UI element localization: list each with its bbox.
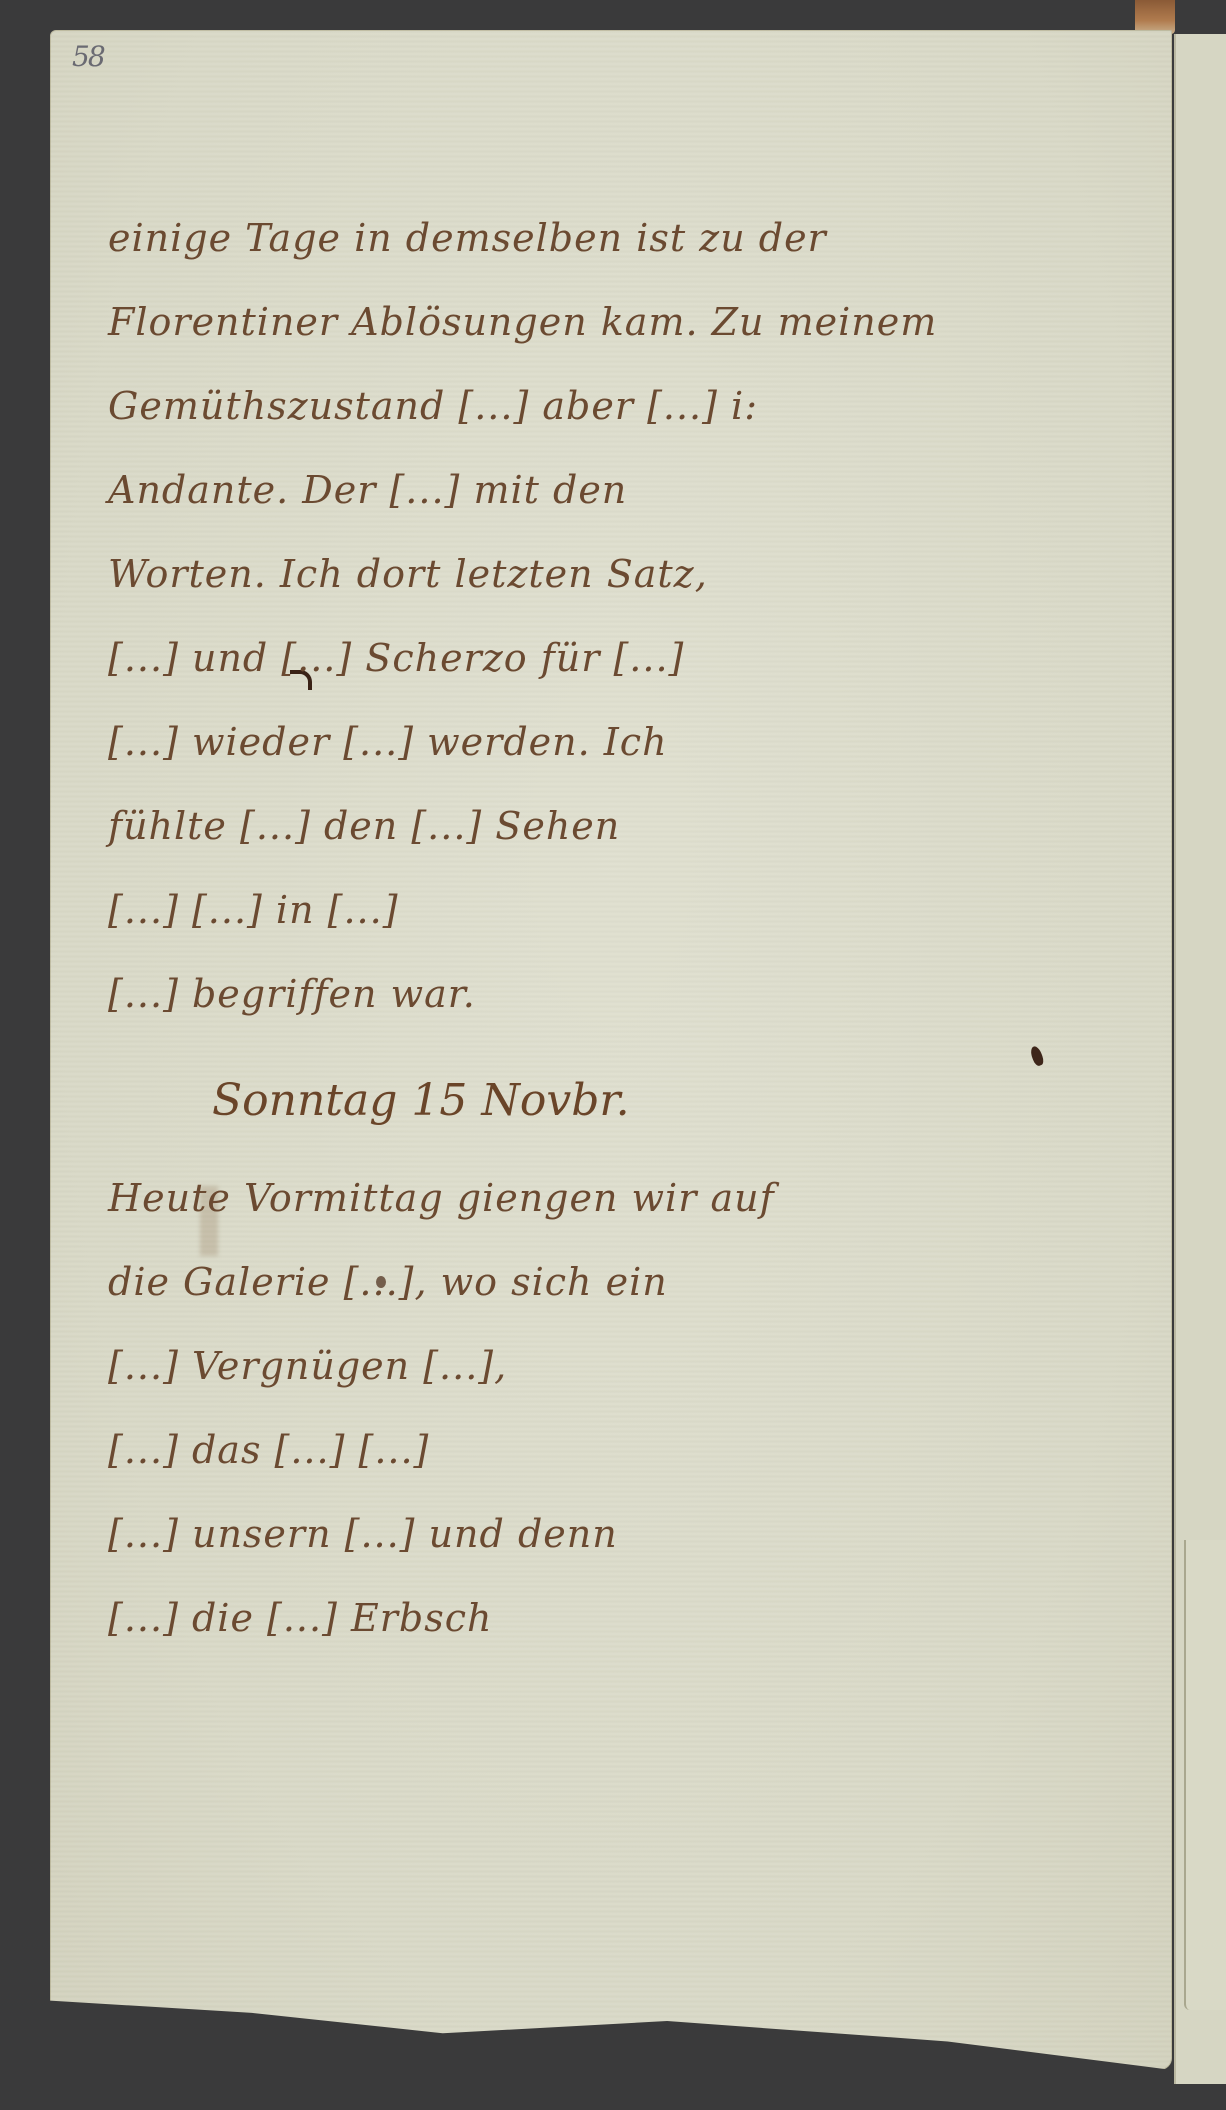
text-line: [...] die [...] Erbsch (108, 1576, 1058, 1660)
folio-number: 58 (72, 40, 104, 73)
date-heading: Sonntag 15 Novbr. (108, 1036, 1058, 1142)
text-line: [...] wieder [...] werden. Ich (108, 700, 1058, 784)
text-line: die Galerie [...], wo sich ein (108, 1240, 1058, 1324)
text-line: [...] das [...] [...] (108, 1408, 1058, 1492)
adjacent-leaf-fold (1184, 1540, 1226, 2010)
text-line: fühlte [...] den [...] Sehen (108, 784, 1058, 868)
text-line: Gemüthszustand [...] aber [...] i: (108, 364, 1058, 448)
text-line: [...] [...] in [...] (108, 868, 1058, 952)
binding-tab (1135, 0, 1175, 34)
text-line: [...] begriffen war. (108, 952, 1058, 1036)
manuscript-scan: 58 einige Tage in demselben ist zu der F… (0, 0, 1226, 2110)
text-line: Florentiner Ablösungen kam. Zu meinem (108, 280, 1058, 364)
text-line: [...] Vergnügen [...], (108, 1324, 1058, 1408)
spacer (108, 1142, 1058, 1156)
text-line: Heute Vormittag giengen wir auf (108, 1156, 1058, 1240)
text-line: Worten. Ich dort letzten Satz, (108, 532, 1058, 616)
text-line: [...] und [...] Scherzo für [...] (108, 616, 1058, 700)
text-line: [...] unsern [...] und denn (108, 1492, 1058, 1576)
manuscript-text: einige Tage in demselben ist zu der Flor… (108, 196, 1058, 1660)
text-line: einige Tage in demselben ist zu der (108, 196, 1058, 280)
text-line: Andante. Der [...] mit den (108, 448, 1058, 532)
